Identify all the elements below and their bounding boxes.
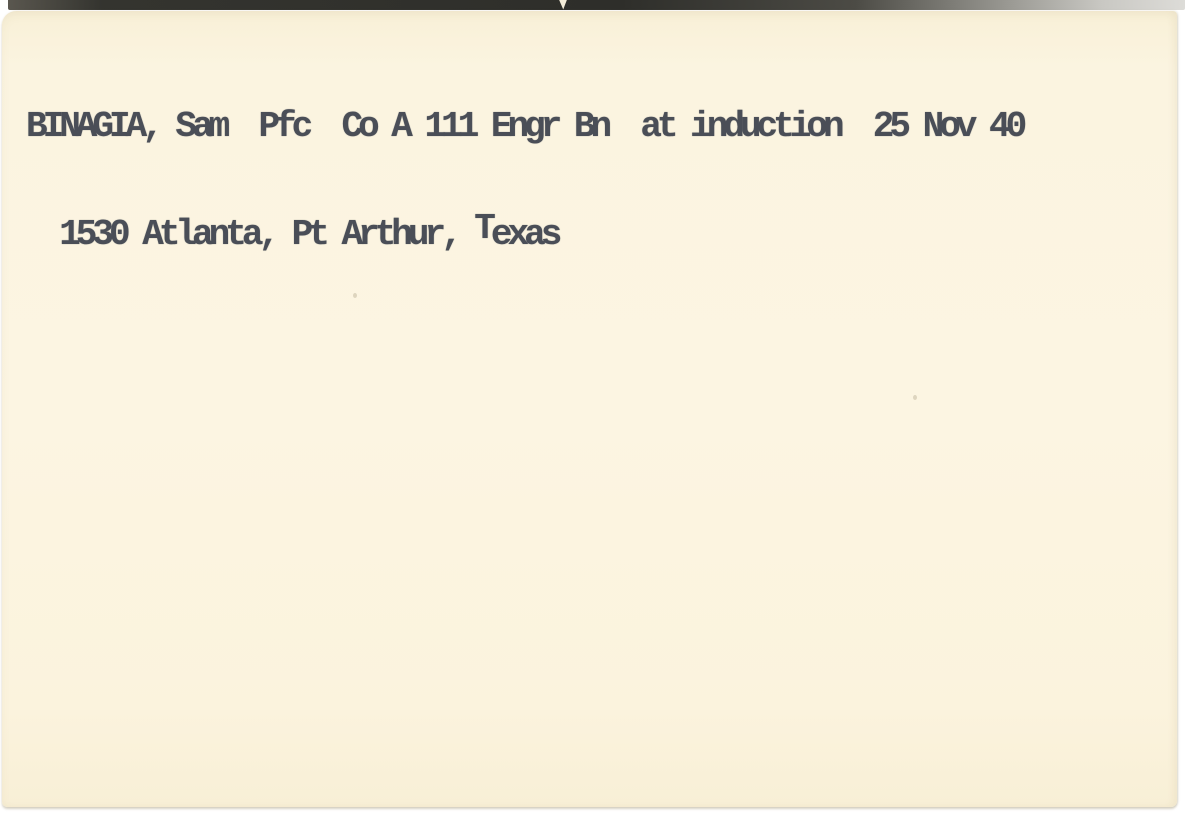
typed-line-2-raised-t: T bbox=[474, 208, 491, 249]
scanner-edge-strip bbox=[8, 0, 1185, 10]
scanned-index-card-scene: BINAGIA, Sam Pfc Co A 111 Engr Bn at ind… bbox=[0, 0, 1185, 833]
index-card: BINAGIA, Sam Pfc Co A 111 Engr Bn at ind… bbox=[2, 11, 1177, 807]
scan-speck bbox=[913, 395, 917, 400]
typed-line-2-suffix: exas bbox=[491, 214, 557, 255]
typed-line-1: BINAGIA, Sam Pfc Co A 111 Engr Bn at ind… bbox=[26, 109, 1022, 145]
scan-speck bbox=[353, 293, 357, 298]
typewritten-text: BINAGIA, Sam Pfc Co A 111 Engr Bn at ind… bbox=[26, 37, 1022, 325]
typed-line-2-prefix: 1530 Atlanta, Pt Arthur, bbox=[26, 214, 474, 255]
typed-line-2: 1530 Atlanta, Pt Arthur, Texas bbox=[26, 217, 1022, 253]
